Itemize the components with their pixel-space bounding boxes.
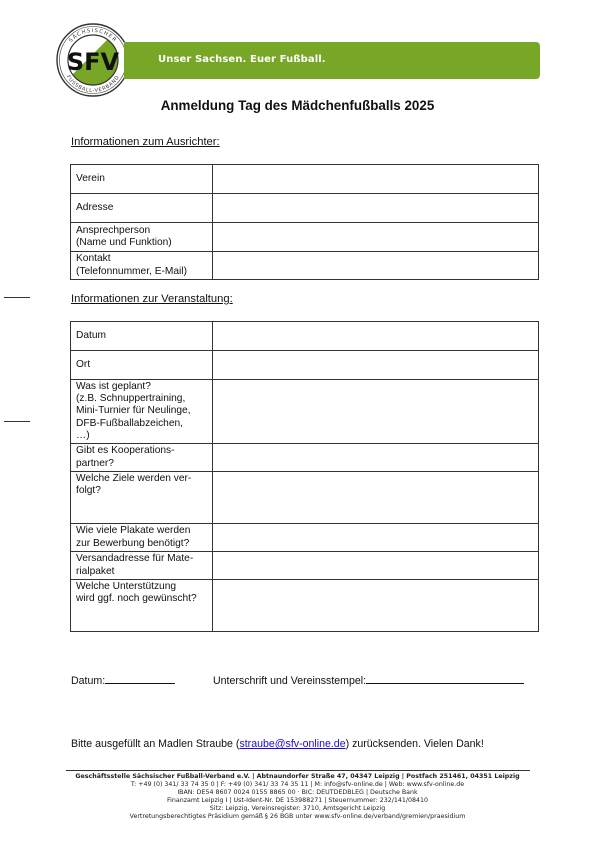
date-label: Datum: bbox=[71, 675, 105, 687]
kooperationspartner-field[interactable] bbox=[213, 444, 539, 472]
plakate-field[interactable] bbox=[213, 524, 539, 552]
footer-address: Geschäftsstelle Sächsischer Fußball-Verb… bbox=[75, 773, 519, 780]
table-row: Welche Unterstützung wird ggf. noch gewü… bbox=[71, 580, 539, 632]
kontakt-field[interactable] bbox=[213, 252, 539, 280]
table-row: Kontakt (Telefonnummer, E-Mail) bbox=[71, 252, 539, 280]
table-row: Verein bbox=[71, 165, 539, 194]
table-row: Datum bbox=[71, 322, 539, 351]
date-signature-line: Datum: bbox=[71, 673, 175, 687]
row-label: Wie viele Plakate werden zur Bewerbung b… bbox=[71, 524, 213, 552]
row-label: Was ist geplant? (z.B. Schnuppertraining… bbox=[71, 380, 213, 444]
fold-mark bbox=[4, 297, 30, 298]
datum-field[interactable] bbox=[213, 322, 539, 351]
section-heading-event: Informationen zur Veranstaltung: bbox=[71, 293, 233, 305]
slogan-text: Unser Sachsen. Euer Fußball. bbox=[158, 54, 326, 65]
versandadresse-field[interactable] bbox=[213, 552, 539, 580]
unterstuetzung-field[interactable] bbox=[213, 580, 539, 632]
footer-contact: T: +49 (0) 341/ 33 74 35 0 | F: +49 (0) … bbox=[40, 781, 555, 789]
table-row: Gibt es Kooperations- partner? bbox=[71, 444, 539, 472]
return-note: Bitte ausgefüllt an Madlen Straube (stra… bbox=[71, 738, 484, 750]
footer-register: Sitz: Leipzig, Vereinsregister: 3710, Am… bbox=[40, 805, 555, 813]
row-label: Gibt es Kooperations- partner? bbox=[71, 444, 213, 472]
verein-field[interactable] bbox=[213, 165, 539, 194]
footer: Geschäftsstelle Sächsischer Fußball-Verb… bbox=[40, 773, 555, 822]
svg-text:SFV: SFV bbox=[67, 48, 120, 76]
row-label: Welche Ziele werden ver- folgt? bbox=[71, 472, 213, 524]
row-label: Ort bbox=[71, 351, 213, 380]
email-link[interactable]: straube@sfv-online.de bbox=[239, 738, 345, 750]
footer-tax: Finanzamt Leipzig I | Ust-Ident-Nr. DE 1… bbox=[40, 797, 555, 805]
signature-line: Unterschrift und Vereinsstempel: bbox=[213, 673, 524, 687]
table-row: Adresse bbox=[71, 194, 539, 223]
section-heading-organizer: Informationen zum Ausrichter: bbox=[71, 136, 220, 148]
row-label: Verein bbox=[71, 165, 213, 194]
signature-label: Unterschrift und Vereinsstempel: bbox=[213, 675, 366, 687]
table-row: Wie viele Plakate werden zur Bewerbung b… bbox=[71, 524, 539, 552]
organizer-table: Verein Adresse Ansprechperson (Name und … bbox=[70, 164, 539, 280]
row-label: Datum bbox=[71, 322, 213, 351]
ansprechperson-field[interactable] bbox=[213, 223, 539, 252]
return-note-text: Bitte ausgefüllt an Madlen Straube ( bbox=[71, 738, 239, 750]
table-row: Welche Ziele werden ver- folgt? bbox=[71, 472, 539, 524]
row-label: Ansprechperson (Name und Funktion) bbox=[71, 223, 213, 252]
row-label: Adresse bbox=[71, 194, 213, 223]
table-row: Versandadresse für Mate- rialpaket bbox=[71, 552, 539, 580]
adresse-field[interactable] bbox=[213, 194, 539, 223]
table-row: Ansprechperson (Name und Funktion) bbox=[71, 223, 539, 252]
footer-board: Vertretungsberechtigtes Präsidium gemäß … bbox=[40, 813, 555, 821]
geplant-field[interactable] bbox=[213, 380, 539, 444]
table-row: Ort bbox=[71, 351, 539, 380]
date-blank[interactable] bbox=[105, 673, 175, 684]
row-label: Versandadresse für Mate- rialpaket bbox=[71, 552, 213, 580]
footer-divider bbox=[66, 770, 530, 771]
return-note-text: ) zurücksenden. Vielen Dank! bbox=[346, 738, 484, 750]
row-label: Kontakt (Telefonnummer, E-Mail) bbox=[71, 252, 213, 280]
signature-blank[interactable] bbox=[366, 673, 524, 684]
footer-bank: IBAN: DE54 8607 0024 0155 8865 00 · BIC:… bbox=[40, 789, 555, 797]
row-label: Welche Unterstützung wird ggf. noch gewü… bbox=[71, 580, 213, 632]
ort-field[interactable] bbox=[213, 351, 539, 380]
ziele-field[interactable] bbox=[213, 472, 539, 524]
table-row: Was ist geplant? (z.B. Schnuppertraining… bbox=[71, 380, 539, 444]
fold-mark bbox=[4, 421, 30, 422]
page-title: Anmeldung Tag des Mädchenfußballs 2025 bbox=[0, 98, 595, 113]
event-table: Datum Ort Was ist geplant? (z.B. Schnupp… bbox=[70, 321, 539, 632]
sfv-logo: SFV SÄCHSISCHER FUSSBALL-VERBAND bbox=[55, 22, 131, 98]
